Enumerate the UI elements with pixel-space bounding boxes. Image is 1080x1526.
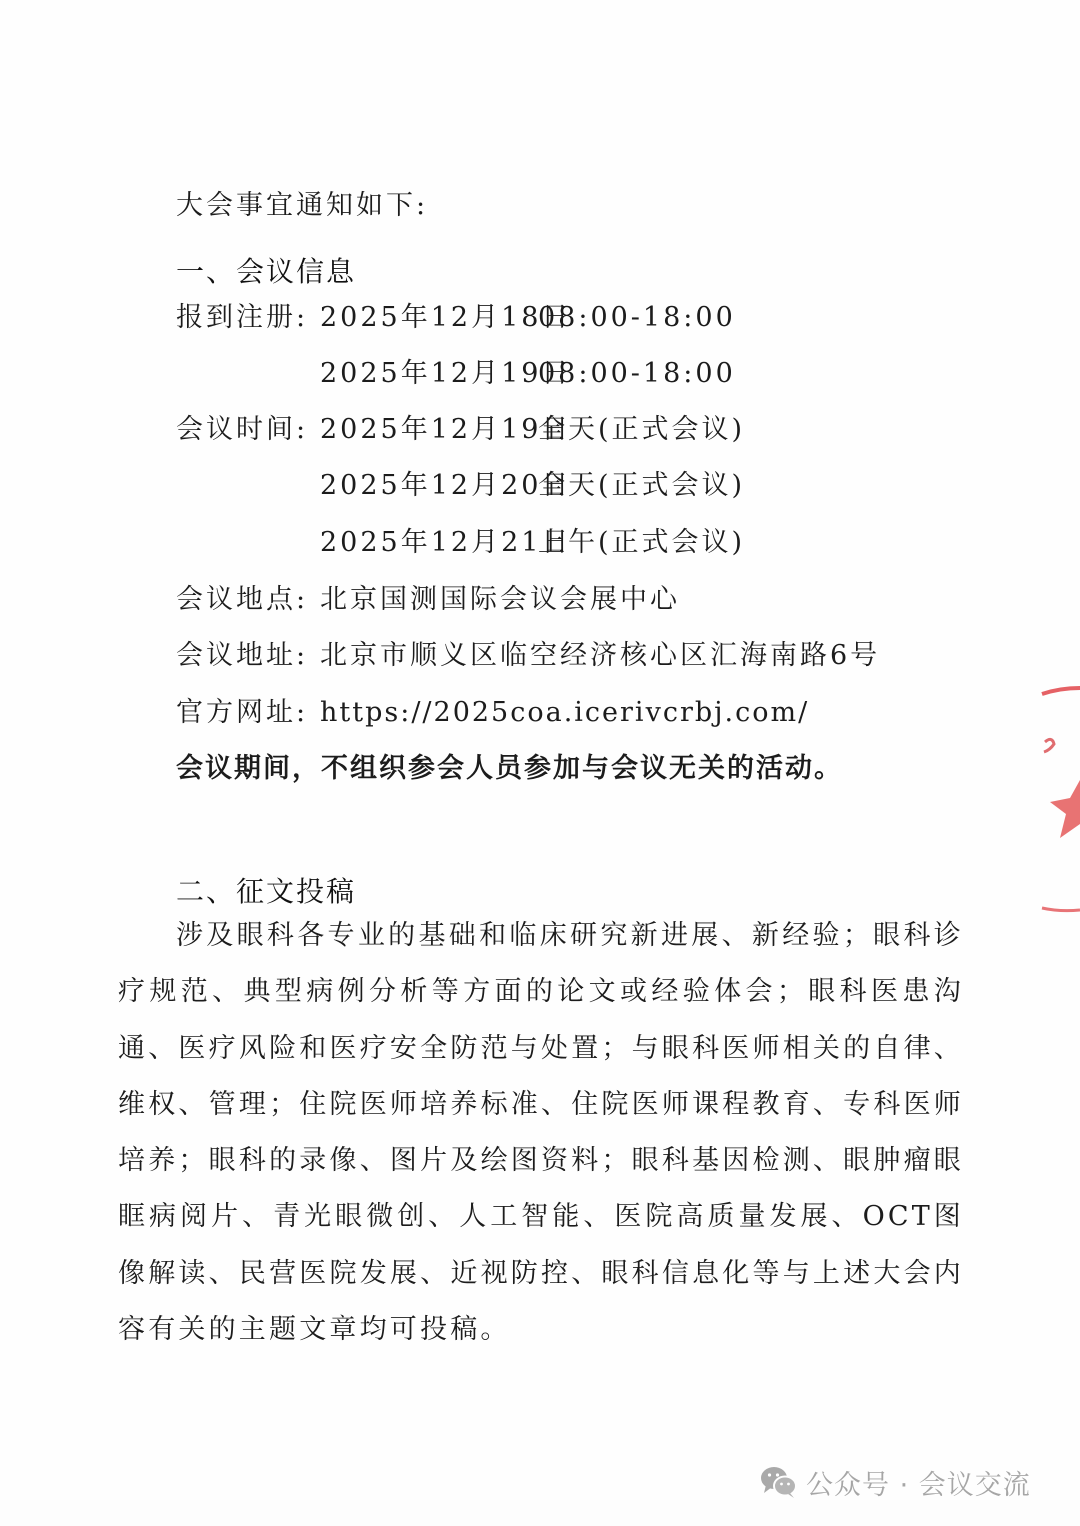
registration-label: 报到注册: [176, 300, 320, 336]
section2-title: 二、征文投稿 [176, 874, 356, 910]
registration-date-1: 2025年12月18日 [320, 300, 538, 336]
venue-value: 北京国测国际会议会展中心 [320, 584, 680, 615]
intro-text: 大会事宜通知如下: [176, 188, 428, 224]
wechat-icon [760, 1465, 798, 1499]
registration-date-2: 2025年12月19日 [320, 356, 538, 392]
website-label: 官方网址: [176, 695, 320, 731]
registration-time-2: 08:00-18:00 [538, 358, 736, 389]
meeting-session-2: 全天(正式会议) [538, 470, 745, 501]
meeting-session-3: 上午(正式会议) [538, 527, 745, 558]
venue-label: 会议地点: [176, 582, 320, 618]
meeting-date-2: 2025年12月20日 [320, 468, 538, 504]
meeting-notice: 会议期间，不组织参会人员参加与会议无关的活动。 [176, 751, 843, 787]
meeting-time-label: 会议时间: [176, 412, 320, 448]
address-row: 会议地址:北京市顺义区临空经济核心区汇海南路6号 [176, 638, 880, 674]
document-page: 大会事宜通知如下: 一、会议信息 报到注册:2025年12月18日08:00-1… [0, 0, 1080, 1526]
meeting-time-row-3: 2025年12月21日上午(正式会议) [320, 525, 745, 561]
meeting-time-row-1: 会议时间:2025年12月19日全天(正式会议) [176, 412, 745, 448]
red-seal-stamp [1030, 680, 1080, 920]
website-url[interactable]: https://2025coa.icerivcrbj.com/ [320, 697, 809, 728]
meeting-date-3: 2025年12月21日 [320, 525, 538, 561]
wechat-watermark: 公众号 · 会议交流 [760, 1462, 1031, 1502]
registration-row-1: 报到注册:2025年12月18日08:00-18:00 [176, 300, 736, 336]
footer-band [0, 1500, 1080, 1526]
meeting-date-1: 2025年12月19日 [320, 412, 538, 448]
website-row: 官方网址:https://2025coa.icerivcrbj.com/ [176, 695, 809, 731]
registration-time-1: 08:00-18:00 [538, 302, 736, 333]
meeting-session-1: 全天(正式会议) [538, 414, 745, 445]
watermark-text: 公众号 · 会议交流 [806, 1463, 1031, 1502]
registration-row-2: 2025年12月19日08:00-18:00 [320, 356, 736, 392]
section1-title: 一、会议信息 [176, 254, 356, 290]
meeting-time-row-2: 2025年12月20日全天(正式会议) [320, 468, 745, 504]
section2-body: 涉及眼科各专业的基础和临床研究新进展、新经验；眼科诊疗规范、典型病例分析等方面的… [118, 908, 964, 1358]
address-value: 北京市顺义区临空经济核心区汇海南路6号 [320, 640, 880, 671]
venue-row: 会议地点:北京国测国际会议会展中心 [176, 582, 680, 618]
address-label: 会议地址: [176, 638, 320, 674]
